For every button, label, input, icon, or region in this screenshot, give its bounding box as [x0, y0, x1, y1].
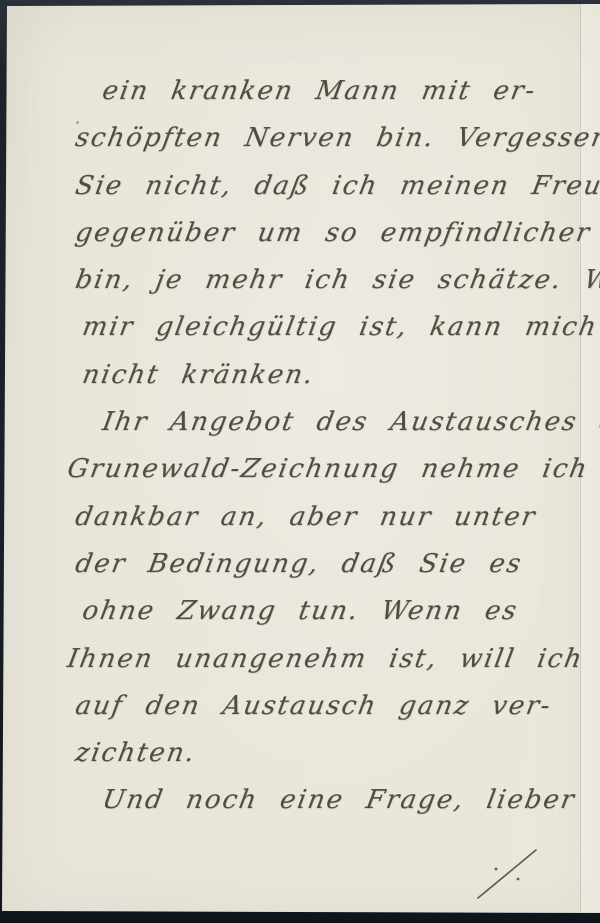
handwriting-line: dankbar an, aber nur unter — [70, 502, 592, 549]
handwriting-line: Und noch eine Frage, lieber — [70, 785, 592, 832]
handwriting-line: Ihr Angebot des Austausches der — [70, 407, 592, 454]
handwriting-line: ein kranken Mann mit er- — [70, 76, 592, 123]
handwriting-line: schöpften Nerven bin. Vergessen — [70, 123, 592, 170]
scan-background: ein kranken Mann mit er- schöpften Nerve… — [0, 0, 600, 923]
handwriting-line: ohne Zwang tun. Wenn es — [77, 596, 592, 643]
handwriting-line: Ihnen unangenehm ist, will ich — [62, 644, 592, 691]
letter-page: ein kranken Mann mit er- schöpften Nerve… — [0, 0, 600, 923]
page-continuation-mark-icon — [472, 846, 544, 904]
handwriting-line: gegenüber um so empfindlicher — [70, 218, 592, 265]
handwriting-line: Sie nicht, daß ich meinen Freunden — [70, 171, 592, 218]
handwriting-line: bin, je mehr ich sie schätze. Wer — [70, 265, 592, 312]
letter-text: ein kranken Mann mit er- schöpften Nerve… — [70, 76, 584, 833]
handwriting-line: zichten. — [70, 738, 592, 785]
handwriting-line: der Bedingung, daß Sie es — [70, 549, 592, 596]
handwriting-line: nicht kränken. — [77, 360, 592, 407]
handwriting-line: Grunewald-Zeichnung nehme ich — [62, 454, 592, 501]
handwriting-line: mir gleichgültig ist, kann mich — [77, 312, 592, 359]
handwriting-line: auf den Austausch ganz ver- — [70, 691, 592, 738]
